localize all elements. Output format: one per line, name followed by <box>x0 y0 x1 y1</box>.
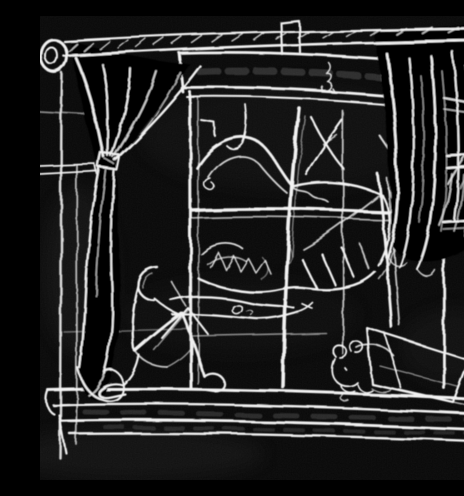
drawing-canvas <box>40 16 464 480</box>
pane-divider <box>343 111 344 354</box>
chalk-drawing: White chalk line drawing on black: a tal… <box>40 16 464 480</box>
left-jamb <box>190 92 191 388</box>
dog-eye <box>345 368 347 370</box>
wall-line <box>60 73 62 458</box>
wall-line <box>76 166 77 444</box>
